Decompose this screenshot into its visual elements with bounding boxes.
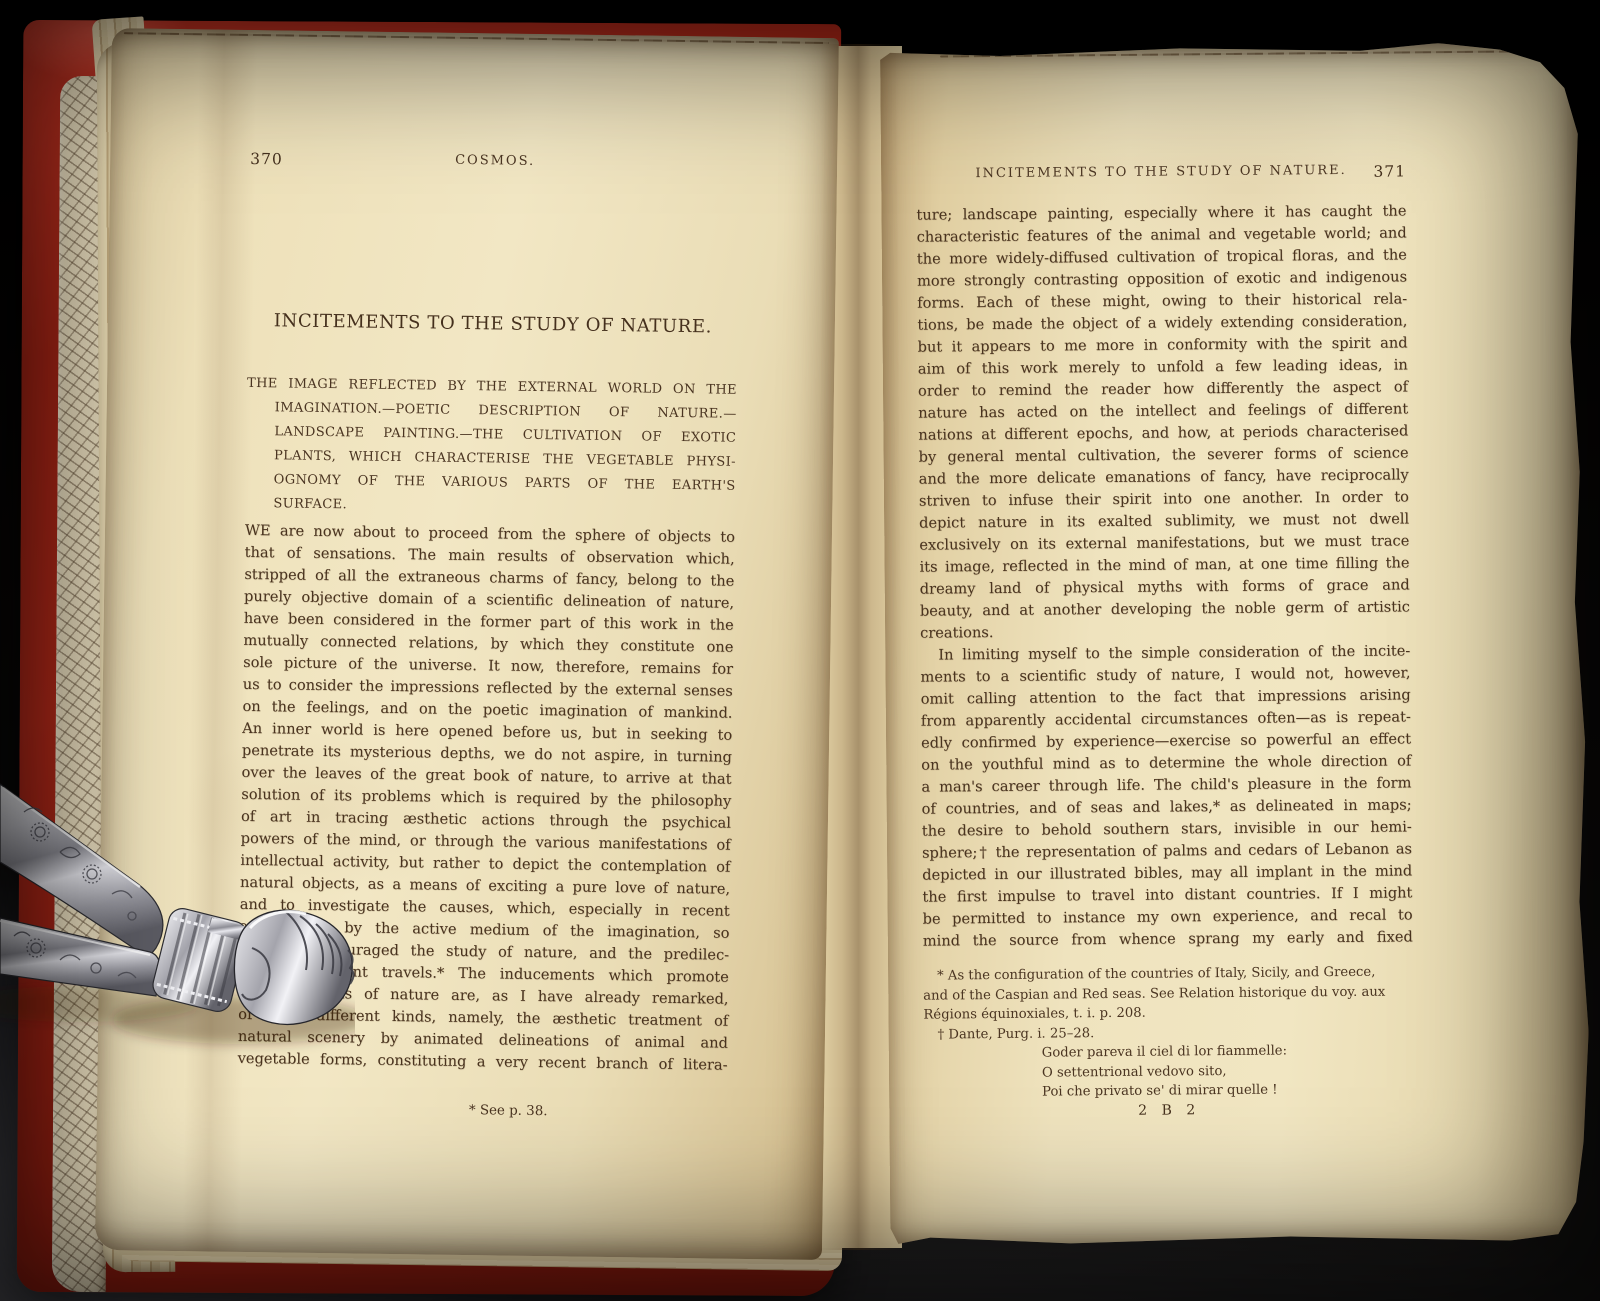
footnote-left: * See p. 38. xyxy=(469,1103,548,1119)
right-page-header: INCITEMENTS TO THE STUDY OF NATURE. 371 xyxy=(916,162,1406,190)
right-page: INCITEMENTS TO THE STUDY OF NATURE. 371 … xyxy=(880,42,1592,1248)
footnote-line: Poi che privato se' di mirar quelle ! xyxy=(1042,1079,1414,1102)
chapter-argument: THE IMAGE REFLECTED BY THE EXTERNAL WORL… xyxy=(245,372,737,523)
body-text-right: ture; landscape painting, especially whe… xyxy=(916,200,1413,952)
body-line: mind the source from whence sprang my ea… xyxy=(923,926,1413,952)
signature-mark: 2 B 2 xyxy=(924,1100,1414,1120)
photograph-of-open-antique-book: 370 COSMOS. INCITEMENTS TO THE STUDY OF … xyxy=(0,0,1600,1301)
chapter-title: INCITEMENTS TO THE STUDY OF NATURE. xyxy=(248,310,738,338)
body-line: beauty, and at another developing the no… xyxy=(920,596,1410,622)
footnotes-right: * As the configuration of the countries … xyxy=(923,962,1414,1103)
page-number-right: 371 xyxy=(1373,162,1406,180)
left-page-header: 370 COSMOS. xyxy=(250,150,740,181)
left-page: 370 COSMOS. INCITEMENTS TO THE STUDY OF … xyxy=(95,28,839,1260)
right-page-text-column: INCITEMENTS TO THE STUDY OF NATURE. 371 … xyxy=(916,162,1415,1196)
silver-book-clasp xyxy=(0,768,355,1058)
running-header-left: COSMOS. xyxy=(250,150,740,172)
running-header-right: INCITEMENTS TO THE STUDY OF NATURE. xyxy=(916,162,1406,181)
